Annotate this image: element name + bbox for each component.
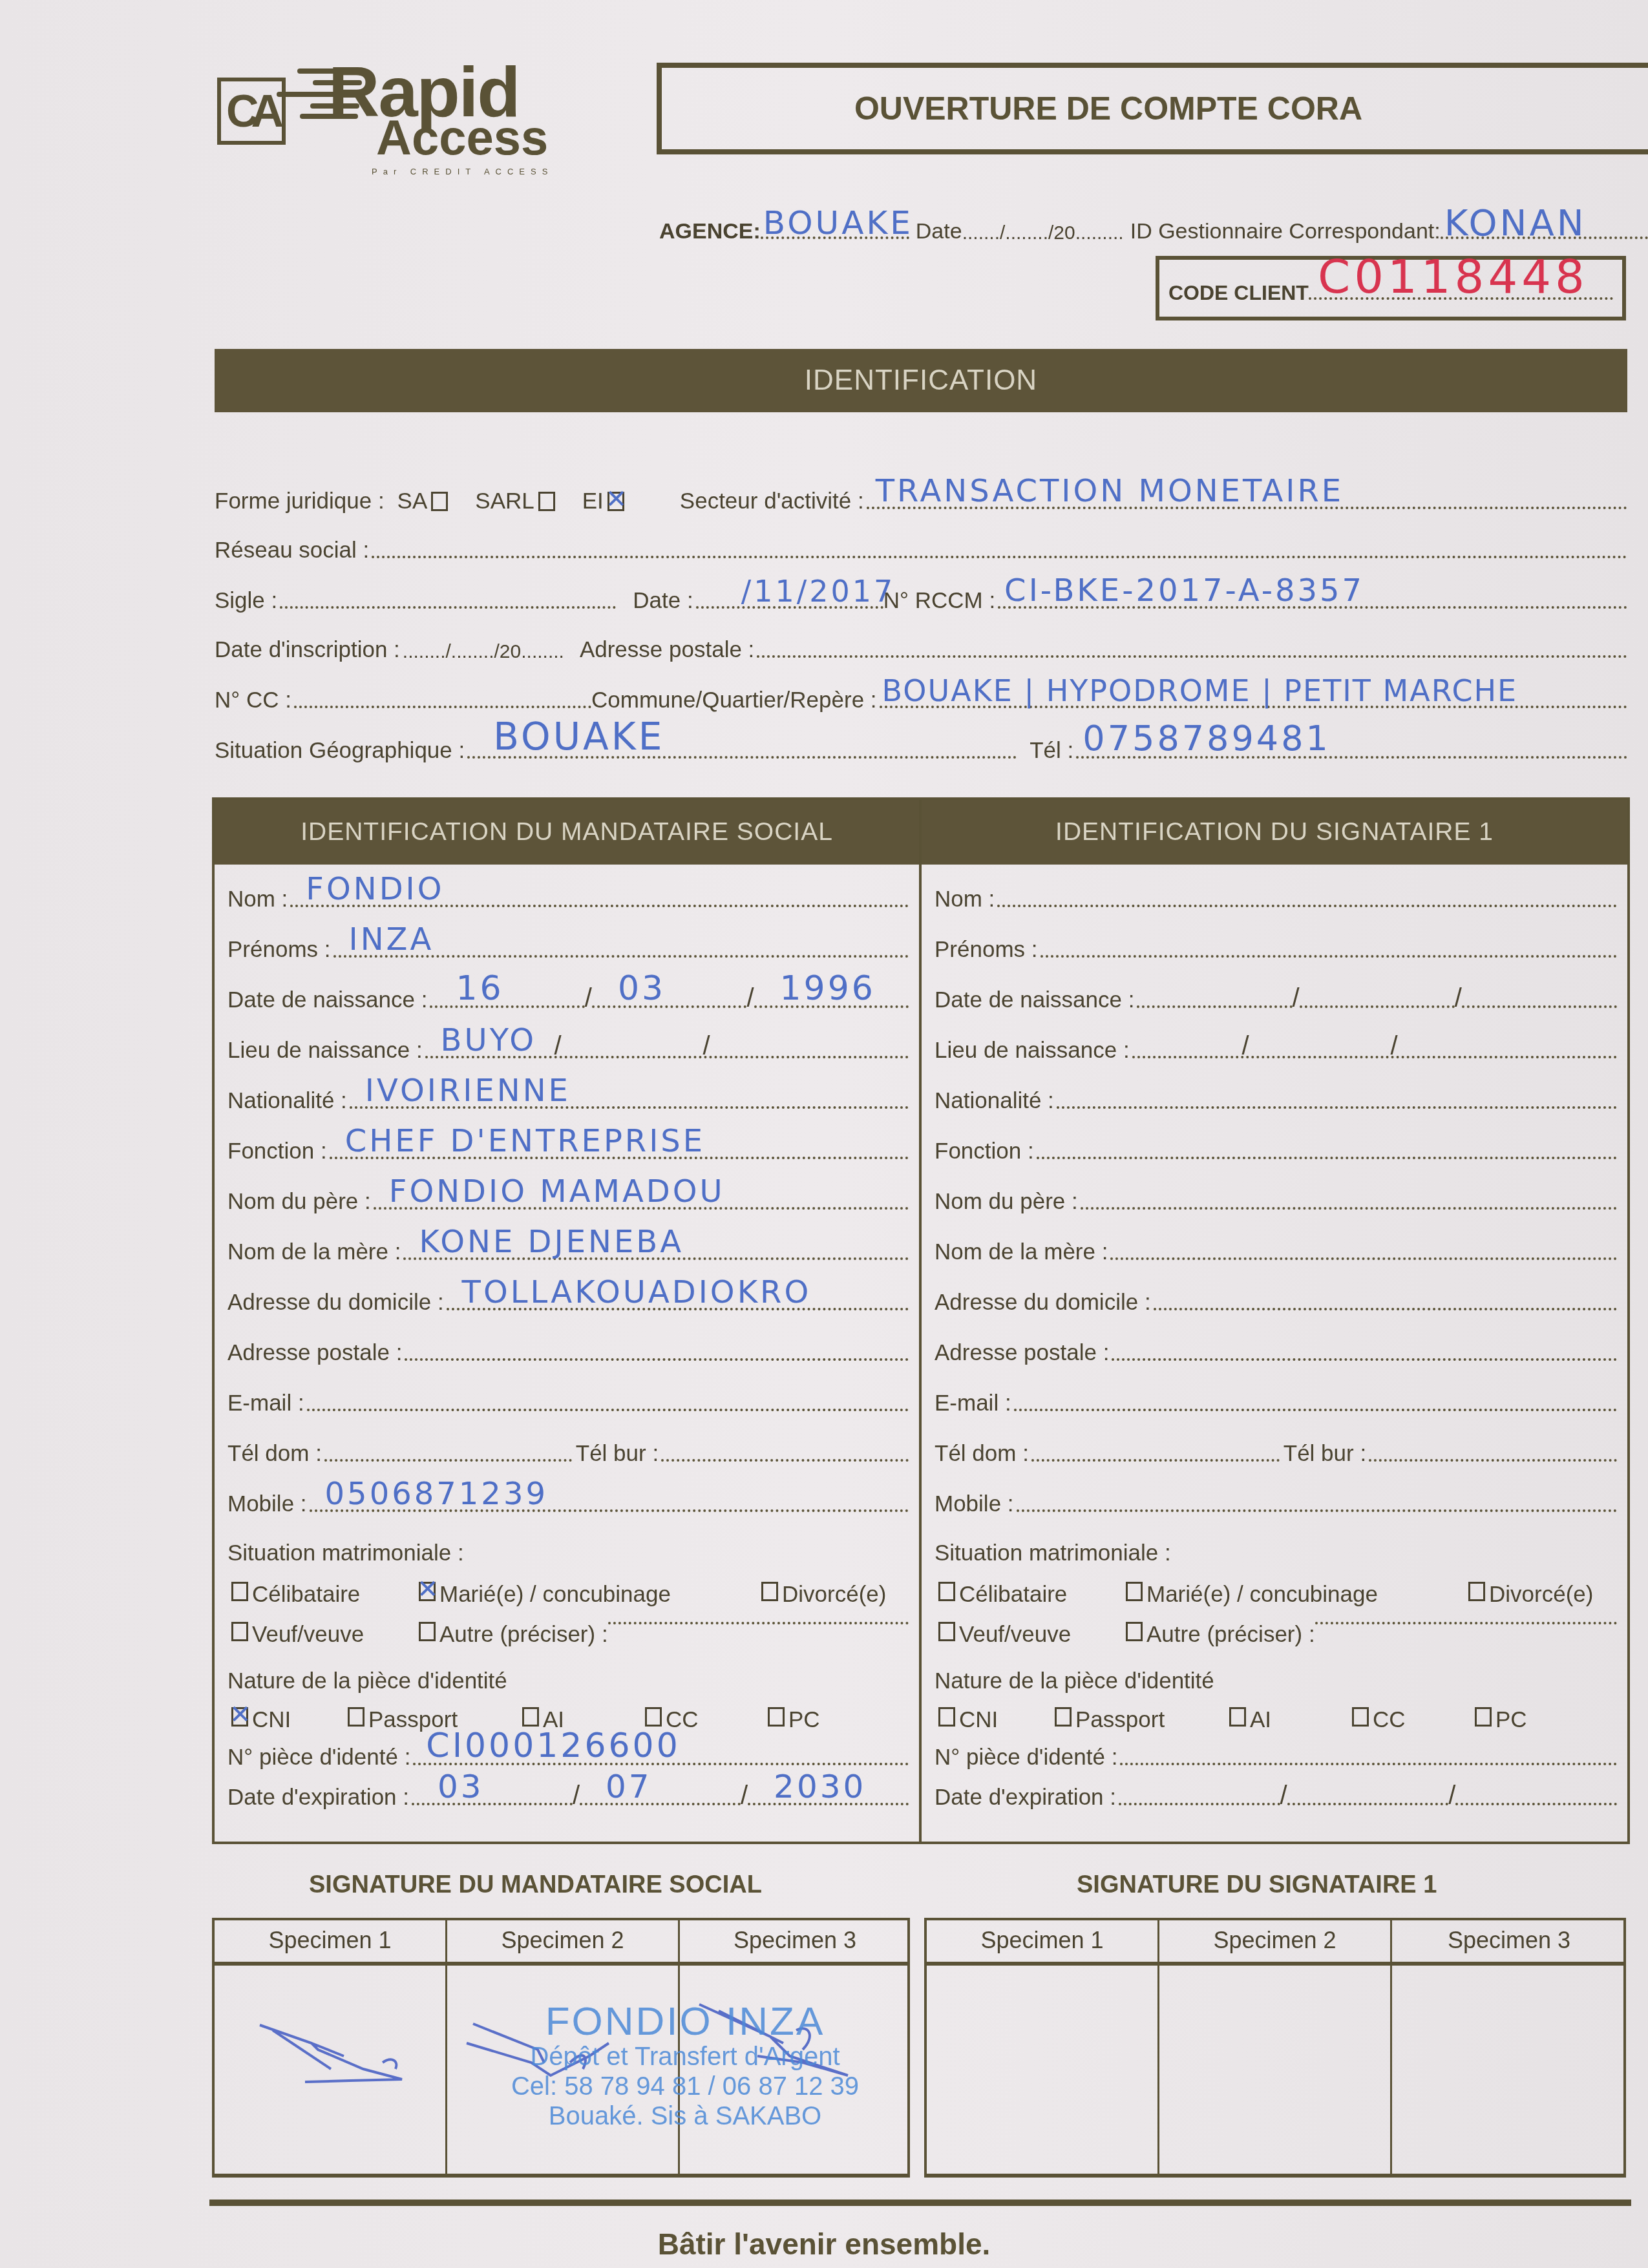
adresse-domicile-label: Adresse du domicile : [227, 1290, 447, 1316]
mobile-field[interactable]: 0506871239 [310, 1478, 909, 1517]
company-stamp: FONDIO INZA Dépôt et Transfert d'Argent … [504, 2002, 866, 2131]
expiration-day-value: 03 [438, 1768, 484, 1805]
date-separator: / [1293, 984, 1300, 1013]
agence-row: AGENCE: BOUAKE Date ......./......../20.… [659, 205, 1648, 244]
situation-option-2[interactable]: Divorcé(e) [757, 1582, 886, 1608]
email-label: E-mail : [935, 1391, 1014, 1416]
date-separator: / [1280, 1781, 1287, 1811]
prenoms-field[interactable]: INZA [333, 924, 909, 963]
date-inscription-field[interactable]: ......../......../20........ [403, 641, 564, 663]
piece-option-ai[interactable]: AI [1225, 1707, 1271, 1733]
date-naissance-day-field[interactable]: 16 [430, 974, 584, 1013]
nom-pere-value: FONDIO MAMADOU [389, 1173, 725, 1210]
mandataire-row-8: Adresse du domicile :TOLLAKOUADIOKRO [227, 1277, 909, 1316]
agence-label: AGENCE: [659, 219, 761, 244]
gestionnaire-label: ID Gestionnaire Correspondant: [1130, 219, 1441, 244]
mandataire-row-4: Nationalité :IVOIRIENNE [227, 1075, 909, 1114]
identification-persons-table: IDENTIFICATION DU MANDATAIRE SOCIAL IDEN… [212, 797, 1630, 1844]
mandataire-row-10: E-mail : [227, 1378, 909, 1416]
situation-checkbox[interactable] [938, 1622, 955, 1641]
tel-bur-field[interactable] [1369, 1459, 1617, 1462]
date-naissance-year-field[interactable]: 1996 [754, 974, 909, 1013]
piece-option-pc[interactable]: PC [764, 1707, 820, 1733]
piece-checkbox[interactable] [1229, 1707, 1246, 1727]
piece-option-label: CNI [959, 1707, 998, 1733]
tel-value: 0758789481 [1083, 718, 1331, 759]
nationalite-value: IVOIRIENNE [365, 1073, 571, 1109]
situation-option-label: Autre (préciser) : [1146, 1622, 1315, 1648]
tel-bur-field[interactable] [661, 1459, 909, 1462]
lieu-naissance-label: Lieu de naissance : [935, 1038, 1132, 1064]
mobile-value: 0506871239 [325, 1476, 548, 1512]
date-separator: / [746, 984, 754, 1013]
lieu-naissance-label: Lieu de naissance : [227, 1038, 425, 1064]
situation-geo-row: Situation Géographique : BOUAKE Tél : 07… [215, 725, 1627, 764]
separator: / [1391, 1032, 1398, 1061]
nationalite-label: Nationalité : [935, 1088, 1057, 1114]
situation-checkbox[interactable] [1126, 1622, 1143, 1641]
stamp-line-4: Bouaké. Sis à SAKABO [504, 2101, 866, 2131]
brand-name-line2: Access [376, 114, 548, 163]
piece-option-label: CC [1373, 1707, 1406, 1733]
situation-checkbox[interactable] [1468, 1582, 1485, 1601]
tel-dom-field[interactable] [324, 1459, 572, 1462]
nom-mere-value: KONE DJENEBA [419, 1224, 684, 1260]
expiration-row: Date d'expiration :// [935, 1772, 1617, 1811]
adresse-postale-field[interactable] [757, 655, 1627, 658]
situation-checkbox[interactable] [1126, 1582, 1143, 1601]
rccm-label: N° RCCM : [883, 588, 998, 614]
piece-option-label: PC [788, 1707, 820, 1733]
ident-date-field[interactable]: /11/2017 [696, 575, 883, 614]
date-naissance-day-field[interactable] [1137, 974, 1292, 1013]
piece-identite-label: Nature de la pièce d'identité [227, 1668, 909, 1694]
date-naissance-year-value: 1996 [780, 969, 876, 1008]
date-naissance-label: Date de naissance : [227, 987, 430, 1013]
signataire-column: Nom :Prénoms :Date de naissance ://Lieu … [922, 865, 1627, 1844]
nom-pere-label: Nom du père : [935, 1189, 1081, 1215]
signataire-row-1: Prénoms : [935, 924, 1617, 963]
date-separator: / [1455, 984, 1462, 1013]
separator: / [703, 1032, 710, 1061]
piece-option-passport[interactable]: Passport [1051, 1707, 1165, 1733]
stamp-line-2: Dépôt et Transfert d'Argent [504, 2042, 866, 2072]
signataire-row-10: E-mail : [935, 1378, 1617, 1416]
signataire-row-8: Adresse du domicile : [935, 1277, 1617, 1316]
tel-bur-label: Tél bur : [576, 1441, 661, 1467]
forme-sarl-option[interactable]: SARL [475, 488, 558, 514]
forme-sa-checkbox[interactable] [431, 492, 448, 511]
signataire-specimen-2[interactable]: Specimen 2 [1159, 1920, 1392, 2174]
signataire-row-11: Tél dom :Tél bur : [935, 1428, 1617, 1467]
situation-option-1[interactable]: Marié(e) / concubinage [1122, 1582, 1378, 1608]
identification-title: IDENTIFICATION [805, 364, 1037, 397]
piece-checkbox[interactable] [1475, 1707, 1492, 1727]
nom-label: Nom : [935, 887, 997, 912]
code-client-field[interactable]: C0118448 [1309, 297, 1613, 305]
situation-checkbox[interactable] [938, 1582, 955, 1601]
fonction-value: CHEF D'ENTREPRISE [345, 1123, 705, 1159]
specimen-label: Specimen 3 [1392, 1927, 1626, 1954]
piece-option-label: AI [1250, 1707, 1271, 1733]
situation-option-label: Marié(e) / concubinage [1146, 1582, 1378, 1608]
reseau-social-label: Réseau social : [215, 538, 372, 563]
nom-mere-field[interactable] [1110, 1226, 1617, 1265]
commune-label: Commune/Quartier/Repère : [591, 688, 880, 713]
situation-checkbox[interactable] [231, 1582, 248, 1601]
specimen-label: Specimen 2 [1159, 1927, 1390, 1954]
autre-preciser-field[interactable] [608, 1622, 909, 1624]
signataire-row-9: Adresse postale : [935, 1327, 1617, 1366]
situation-option-3[interactable]: Veuf/veuve [227, 1622, 364, 1648]
situation-geo-label: Situation Géographique : [215, 738, 467, 764]
situation-matrimoniale-label: Situation matrimoniale : [227, 1540, 909, 1566]
adresse-domicile-field[interactable]: TOLLAKOUADIOKRO [447, 1277, 909, 1316]
adresse-postale-label: Adresse postale : [935, 1340, 1112, 1366]
prenoms-label: Prénoms : [227, 937, 333, 963]
nationalite-field[interactable] [1057, 1075, 1617, 1114]
situation-geo-value: BOUAKE [493, 715, 664, 759]
tel-dom-label: Tél dom : [227, 1441, 324, 1467]
nom-label: Nom : [227, 887, 290, 912]
forme-sarl-label: SARL [475, 488, 534, 514]
piece-option-pc[interactable]: PC [1471, 1707, 1527, 1733]
footer-slogan: Bâtir l'avenir ensemble. [0, 2227, 1648, 2262]
mandataire-row-7: Nom de la mère :KONE DJENEBA [227, 1226, 909, 1265]
situation-checkbox[interactable] [419, 1622, 436, 1641]
piece-checkbox[interactable] [231, 1707, 248, 1727]
gestionnaire-value: KONAN [1444, 202, 1587, 244]
situation-option-label: Veuf/veuve [252, 1622, 364, 1648]
ncc-field[interactable] [294, 706, 591, 708]
date-naissance-month-value: 03 [618, 969, 666, 1008]
separator: / [1242, 1032, 1249, 1061]
expiration-month-value: 07 [606, 1768, 652, 1805]
form-page: CA Rapid Access Par CREDIT ACCESS OUVERT… [0, 0, 1648, 2268]
situation-option-label: Veuf/veuve [959, 1622, 1071, 1648]
nationalite-label: Nationalité : [227, 1088, 350, 1114]
lieu-naissance-field[interactable]: //BUYO [425, 1025, 909, 1064]
mandataire-row-2: Date de naissance :16/03/1996 [227, 974, 909, 1013]
signataire-row-5: Fonction : [935, 1126, 1617, 1164]
adresse-domicile-field[interactable] [1154, 1277, 1617, 1316]
date-naissance-year-field[interactable] [1462, 974, 1617, 1013]
date-naissance-month-field[interactable]: 03 [592, 974, 746, 1013]
mandataire-row-0: Nom :FONDIO [227, 874, 909, 912]
adresse-postale-label: Adresse postale : [227, 1340, 405, 1366]
prenoms-value: INZA [349, 921, 434, 958]
situation-option-0[interactable]: Célibataire [227, 1582, 360, 1608]
footer-divider [209, 2200, 1631, 2206]
tel-field[interactable]: 0758789481 [1076, 725, 1627, 764]
tel-dom-label: Tél dom : [935, 1441, 1031, 1467]
forme-juridique-label: Forme juridique : [215, 488, 387, 514]
agence-field[interactable]: BOUAKE [761, 236, 909, 244]
fonction-field[interactable]: CHEF D'ENTREPRISE [330, 1126, 909, 1164]
adresse-postale-field[interactable] [405, 1327, 909, 1366]
piece-option-cni[interactable]: CNI [935, 1707, 998, 1733]
signataire-row-0: Nom : [935, 874, 1617, 912]
situation-option-label: Célibataire [959, 1582, 1067, 1608]
signataire-specimen-1[interactable]: Specimen 1 [927, 1920, 1159, 2174]
mandataire-row-6: Nom du père :FONDIO MAMADOU [227, 1176, 909, 1215]
email-label: E-mail : [227, 1391, 307, 1416]
piece-option-cni[interactable]: CNI [227, 1707, 291, 1733]
piece-checkbox[interactable] [1352, 1707, 1369, 1727]
piece-checkbox[interactable] [938, 1707, 955, 1727]
mandataire-title: IDENTIFICATION DU MANDATAIRE SOCIAL [301, 818, 833, 846]
specimen-label: Specimen 2 [447, 1927, 678, 1954]
mandataire-row-12: Mobile :0506871239 [227, 1478, 909, 1517]
date-naissance-label: Date de naissance : [935, 987, 1137, 1013]
forme-sarl-checkbox[interactable] [538, 492, 555, 511]
stamp-line-1: FONDIO INZA [504, 2002, 866, 2042]
expiration-day-field[interactable]: 03 [412, 1772, 573, 1811]
mandataire-column: Nom :FONDIOPrénoms :INZADate de naissanc… [215, 865, 919, 1844]
situation-option-4[interactable]: Autre (préciser) : [1122, 1622, 1617, 1648]
lieu-naissance-value: BUYO [441, 1022, 537, 1058]
piece-option-label: PC [1495, 1707, 1527, 1733]
forme-ei-checkbox[interactable] [607, 492, 624, 511]
date-naissance-day-value: 16 [456, 969, 503, 1008]
num-piece-row: N° pièce d'identé : [935, 1732, 1617, 1770]
nom-pere-field[interactable] [1081, 1176, 1617, 1215]
date-inscription-label: Date d'inscription : [215, 637, 403, 663]
expiration-month-field[interactable] [1287, 1772, 1449, 1811]
specimen-label: Specimen 1 [927, 1927, 1157, 1954]
form-title-box: OUVERTURE DE COMPTE CORA [657, 63, 1648, 154]
lieu-naissance-field[interactable]: // [1132, 1025, 1617, 1064]
tel-dom-field[interactable] [1031, 1459, 1280, 1462]
signataire-row-2: Date de naissance :// [935, 974, 1617, 1013]
piece-checkbox[interactable] [522, 1707, 539, 1727]
secteur-label: Secteur d'activité : [680, 488, 867, 514]
forme-sa-option[interactable]: SA [397, 488, 452, 514]
adresse-postale-label: Adresse postale : [580, 637, 757, 663]
num-piece-label: N° pièce d'identé : [227, 1745, 413, 1770]
forme-sa-label: SA [397, 488, 428, 514]
signataire-row-12: Mobile : [935, 1478, 1617, 1517]
num-piece-value: CI000126600 [426, 1727, 680, 1765]
stamp-line-3: Cel: 58 78 94 81 / 06 87 12 39 [504, 2072, 866, 2101]
expiration-row: Date d'expiration :03/07/2030 [227, 1772, 909, 1811]
email-field[interactable] [307, 1378, 909, 1416]
fonction-label: Fonction : [935, 1139, 1037, 1164]
sigle-label: Sigle : [215, 588, 280, 614]
brand-tagline: Par CREDIT ACCESS [372, 167, 553, 176]
expiration-label: Date d'expiration : [935, 1785, 1119, 1811]
signataire-row-3: Lieu de naissance :// [935, 1025, 1617, 1064]
sigle-row: Sigle : Date : /11/2017 N° RCCM : CI-BKE… [215, 575, 1627, 614]
ncc-row: N° CC : Commune/Quartier/Repère : BOUAKE… [215, 675, 1627, 713]
situation-checkbox[interactable] [231, 1622, 248, 1641]
tel-label: Tél : [1030, 738, 1076, 764]
piece-option-cc[interactable]: CC [1348, 1707, 1406, 1733]
secteur-value: TRANSACTION MONETAIRE [876, 473, 1344, 509]
forme-ei-option[interactable]: EI [582, 488, 628, 514]
expiration-label: Date d'expiration : [227, 1785, 412, 1811]
date-naissance-month-field[interactable] [1300, 974, 1455, 1013]
header-date-field[interactable]: ......./......../20......... [962, 222, 1124, 244]
signataire-section-header: IDENTIFICATION DU SIGNATAIRE 1 [922, 800, 1627, 865]
num-piece-field[interactable] [1120, 1732, 1617, 1770]
prenoms-label: Prénoms : [935, 937, 1041, 963]
signature-table-signataire: Specimen 1 Specimen 2 Specimen 3 [924, 1918, 1626, 2178]
adresse-domicile-value: TOLLAKOUADIOKRO [462, 1274, 812, 1310]
situation-option-label: Divorcé(e) [1489, 1582, 1593, 1608]
piece-option-label: CNI [252, 1707, 291, 1733]
situation-option-3[interactable]: Veuf/veuve [935, 1622, 1071, 1648]
nom-value: FONDIO [306, 871, 444, 907]
situation-checkbox[interactable] [761, 1582, 778, 1601]
mandataire-row-3: Lieu de naissance ://BUYO [227, 1025, 909, 1064]
specimen-label: Specimen 1 [215, 1927, 445, 1954]
situation-option-label: Divorcé(e) [782, 1582, 886, 1608]
num-piece-field[interactable]: CI000126600 [413, 1732, 909, 1770]
prenoms-field[interactable] [1041, 924, 1618, 963]
rccm-value: CI-BKE-2017-A-8357 [1004, 572, 1364, 609]
expiration-year-field[interactable]: 2030 [748, 1772, 909, 1811]
situation-option-0[interactable]: Célibataire [935, 1582, 1067, 1608]
reseau-social-row: Réseau social : [215, 525, 1627, 563]
signature-signataire-title: SIGNATURE DU SIGNATAIRE 1 [1077, 1871, 1437, 1899]
adresse-postale-field[interactable] [1112, 1327, 1617, 1366]
sigle-field[interactable] [280, 606, 616, 609]
email-field[interactable] [1014, 1378, 1617, 1416]
secteur-field[interactable]: TRANSACTION MONETAIRE [867, 476, 1627, 514]
mandataire-row-11: Tél dom :Tél bur : [227, 1428, 909, 1467]
ncc-label: N° CC : [215, 688, 294, 713]
nom-mere-label: Nom de la mère : [227, 1239, 403, 1265]
signataire-specimen-3[interactable]: Specimen 3 [1392, 1920, 1626, 2174]
situation-option-1[interactable]: Marié(e) / concubinage [415, 1582, 671, 1608]
mandataire-row-5: Fonction :CHEF D'ENTREPRISE [227, 1126, 909, 1164]
expiration-month-field[interactable]: 07 [580, 1772, 741, 1811]
nom-pere-label: Nom du père : [227, 1189, 374, 1215]
situation-option-2[interactable]: Divorcé(e) [1464, 1582, 1593, 1608]
mandataire-row-9: Adresse postale : [227, 1327, 909, 1366]
nom-field[interactable] [997, 874, 1617, 912]
ident-date-value: /11/2017 [741, 574, 896, 609]
date-separator: / [1448, 1781, 1455, 1811]
commune-value: BOUAKE | HYPODROME | PETIT MARCHE [882, 673, 1518, 708]
date-separator: / [741, 1781, 748, 1811]
signature-mandataire-title: SIGNATURE DU MANDATAIRE SOCIAL [309, 1871, 762, 1899]
signataire-title: IDENTIFICATION DU SIGNATAIRE 1 [1055, 818, 1494, 846]
nationalite-field[interactable]: IVOIRIENNE [350, 1075, 909, 1114]
identification-section-header: IDENTIFICATION [215, 349, 1627, 412]
mandataire-row-1: Prénoms :INZA [227, 924, 909, 963]
situation-matrimoniale-label: Situation matrimoniale : [935, 1540, 1617, 1566]
agence-value: BOUAKE [763, 204, 913, 242]
mobile-label: Mobile : [227, 1491, 310, 1517]
situation-option-4[interactable]: Autre (préciser) : [415, 1622, 909, 1648]
specimen-label: Specimen 3 [680, 1927, 910, 1954]
date-separator: / [585, 984, 592, 1013]
signataire-row-7: Nom de la mère : [935, 1226, 1617, 1265]
adresse-domicile-label: Adresse du domicile : [935, 1290, 1154, 1316]
piece-checkbox[interactable] [348, 1707, 364, 1727]
code-client-value: C0118448 [1318, 249, 1589, 304]
situation-option-label: Autre (préciser) : [439, 1622, 608, 1648]
piece-checkbox[interactable] [768, 1707, 785, 1727]
forme-ei-label: EI [582, 488, 604, 514]
piece-checkbox[interactable] [1055, 1707, 1072, 1727]
mandataire-specimen-1[interactable]: Specimen 1 [215, 1920, 447, 2174]
expiration-year-value: 2030 [774, 1768, 866, 1805]
expiration-year-field[interactable] [1455, 1772, 1617, 1811]
mobile-field[interactable] [1017, 1478, 1617, 1517]
num-piece-row: N° pièce d'identé :CI000126600 [227, 1732, 909, 1770]
piece-checkbox[interactable] [645, 1707, 662, 1727]
code-client-label: CODE CLIENT [1168, 281, 1309, 305]
rccm-field[interactable]: CI-BKE-2017-A-8357 [998, 575, 1627, 614]
expiration-day-field[interactable] [1119, 1772, 1280, 1811]
form-title: OUVERTURE DE COMPTE CORA [854, 90, 1362, 127]
num-piece-label: N° pièce d'identé : [935, 1745, 1120, 1770]
header-date-label: Date [916, 219, 962, 244]
nom-field[interactable]: FONDIO [290, 874, 909, 912]
nom-mere-label: Nom de la mère : [935, 1239, 1110, 1265]
fonction-label: Fonction : [227, 1139, 330, 1164]
forme-juridique-row: Forme juridique : SA SARL EI Secteur d'a… [215, 476, 1627, 514]
nom-pere-field[interactable]: FONDIO MAMADOU [374, 1176, 909, 1215]
situation-checkbox[interactable] [419, 1582, 436, 1601]
autre-preciser-field[interactable] [1315, 1622, 1617, 1624]
situation-option-label: Marié(e) / concubinage [439, 1582, 671, 1608]
mandataire-section-header: IDENTIFICATION DU MANDATAIRE SOCIAL [215, 800, 919, 865]
situation-option-label: Célibataire [252, 1582, 360, 1608]
piece-option-label: Passport [1075, 1707, 1165, 1733]
signataire-row-4: Nationalité : [935, 1075, 1617, 1114]
fonction-field[interactable] [1037, 1126, 1617, 1164]
commune-field[interactable]: BOUAKE | HYPODROME | PETIT MARCHE [880, 675, 1627, 713]
signature-scribble-icon [253, 2017, 408, 2088]
code-client-box: CODE CLIENT C0118448 [1156, 256, 1626, 320]
reseau-social-field[interactable] [372, 556, 1627, 558]
ident-date-label: Date : [633, 588, 695, 614]
separator: / [555, 1032, 562, 1061]
date-inscription-row: Date d'inscription : ......../......../2… [215, 624, 1627, 663]
situation-geo-field[interactable]: BOUAKE [467, 725, 1017, 764]
gestionnaire-field[interactable]: KONAN [1441, 236, 1648, 244]
date-separator: / [573, 1781, 580, 1811]
mobile-label: Mobile : [935, 1491, 1017, 1517]
nom-mere-field[interactable]: KONE DJENEBA [403, 1226, 909, 1265]
piece-identite-label: Nature de la pièce d'identité [935, 1668, 1617, 1694]
signataire-row-6: Nom du père : [935, 1176, 1617, 1215]
tel-bur-label: Tél bur : [1284, 1441, 1369, 1467]
